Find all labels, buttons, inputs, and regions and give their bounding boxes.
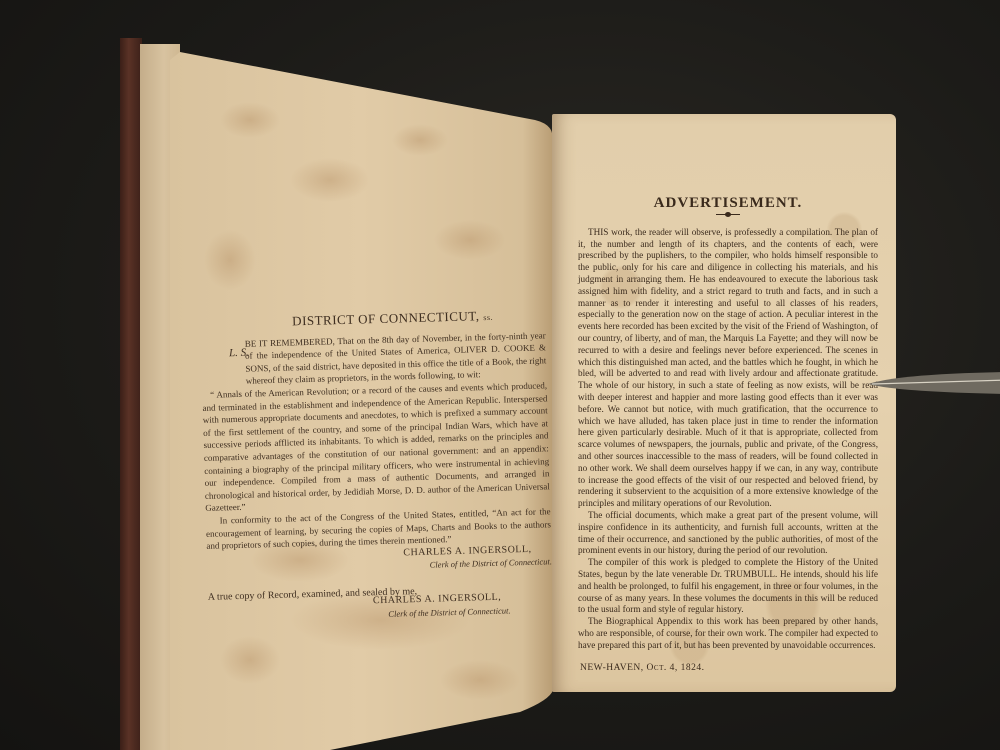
advertisement-text: ADVERTISEMENT. THIS work, the reader wil… [578,198,878,675]
copyright-notice: DISTRICT OF CONNECTICUT, ss. L. S. BE IT… [200,308,553,625]
advertisement-paragraph: The compiler of this work is pledged to … [578,557,878,616]
copyright-paragraph-1: BE IT REMEMBERED, That on the 8th day of… [245,329,547,388]
seal-mark: L. S. [229,347,249,360]
ornamental-rule [716,214,740,215]
dateline: NEW-HAVEN, Oct. 4, 1824. [580,663,878,675]
advertisement-paragraph: The official documents, which make a gre… [578,510,878,557]
photo-scene: DISTRICT OF CONNECTICUT, ss. L. S. BE IT… [0,0,1000,750]
blade-pointer-icon [868,370,1000,396]
advertisement-title: ADVERTISEMENT. [578,198,878,210]
copyright-paragraph-2: “ Annals of the American Revolution; or … [202,379,550,515]
advertisement-paragraph: THIS work, the reader will observe, is p… [578,227,878,510]
advertisement-paragraph: The Biographical Appendix to this work h… [578,616,878,651]
